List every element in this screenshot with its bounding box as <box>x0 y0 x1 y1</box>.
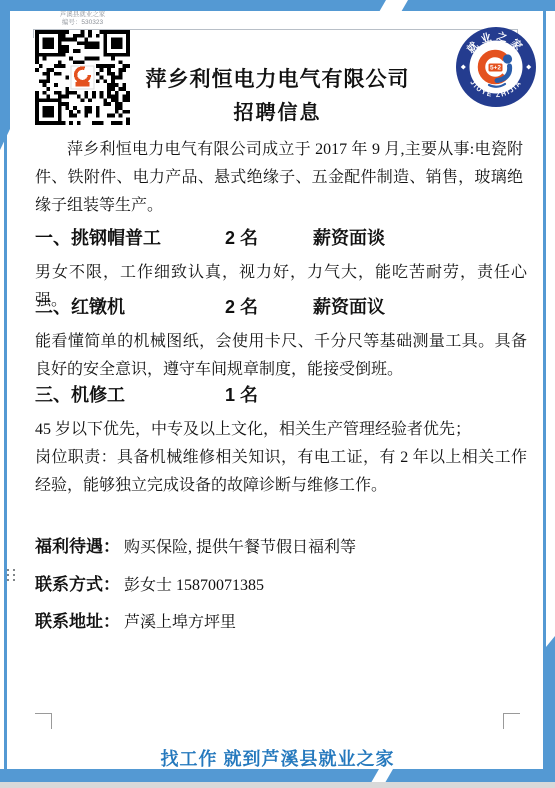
job-title: 二、红镦机 <box>35 295 225 319</box>
welfare-label: 福利待遇： <box>35 537 120 556</box>
contact-label: 联系方式： <box>35 575 120 594</box>
footer-slogan: 找工作 就到芦溪县就业之家 <box>0 745 555 771</box>
company-name: 萍乡利恒电力电气有限公司 <box>0 64 555 94</box>
address-row: 联系地址： 芦溪上埠方坪里 <box>35 611 527 634</box>
job-headcount: 2 名 <box>225 226 313 250</box>
recruitment-flyer: 芦溪县就业之家 编号：530323 就业之家 JIUYE ZHIJIA 5+2 … <box>0 0 555 788</box>
address-label: 联系地址： <box>35 612 120 631</box>
job-salary: 薪资面谈 <box>313 226 385 250</box>
job-description: 45 岁以下优先，中专及以上文化，相关生产管理经验者优先； 岗位职责：具备机械维… <box>35 416 527 500</box>
job-description: 能看懂简单的机械图纸，会使用卡尺、千分尺等基础测量工具。具备良好的安全意识，遵守… <box>35 328 527 384</box>
company-intro-paragraph: 萍乡利恒电力电气有限公司成立于 2017 年 9 月,主要从事:电瓷附件、铁附件… <box>35 136 523 220</box>
job-title: 三、机修工 <box>35 383 225 407</box>
job-heading-row: 三、机修工 1 名 <box>35 383 527 407</box>
job-headcount: 1 名 <box>225 383 313 407</box>
job-section-2: 二、红镦机 2 名 薪资面议 能看懂简单的机械图纸，会使用卡尺、千分尺等基础测量… <box>35 295 527 384</box>
job-heading-row: 二、红镦机 2 名 薪资面议 <box>35 295 527 319</box>
job-heading-row: 一、挑钢帽普工 2 名 薪资面谈 <box>35 226 527 250</box>
bottom-gray-strip <box>0 782 555 788</box>
qr-caption: 芦溪县就业之家 编号：530323 <box>30 11 135 27</box>
badge-dot-icon <box>503 54 512 63</box>
job-section-3: 三、机修工 1 名 45 岁以下优先，中专及以上文化，相关生产管理经验者优先； … <box>35 383 527 500</box>
qr-caption-line1: 芦溪县就业之家 <box>30 11 135 19</box>
welfare-row: 福利待遇： 购买保险, 提供午餐节假日福利等 <box>35 536 527 559</box>
top-accent-bar <box>0 0 555 11</box>
welfare-value: 购买保险, 提供午餐节假日福利等 <box>124 539 356 556</box>
dots-handle-icon <box>7 569 15 581</box>
bottom-left-corner-mark <box>35 713 52 729</box>
contact-value: 彭女士 15870071385 <box>124 577 264 594</box>
bottom-right-corner-mark <box>503 713 520 729</box>
job-title: 一、挑钢帽普工 <box>35 226 225 250</box>
title-recruitment-info: 招聘信息 <box>0 98 555 128</box>
page-title: 萍乡利恒电力电气有限公司 招聘信息 <box>0 64 555 128</box>
qr-caption-line2: 编号：530323 <box>30 19 135 27</box>
job-headcount: 2 名 <box>225 295 313 319</box>
address-value: 芦溪上埠方坪里 <box>124 614 236 631</box>
contact-row: 联系方式： 彭女士 15870071385 <box>35 574 527 597</box>
job-salary: 薪资面议 <box>313 295 385 319</box>
